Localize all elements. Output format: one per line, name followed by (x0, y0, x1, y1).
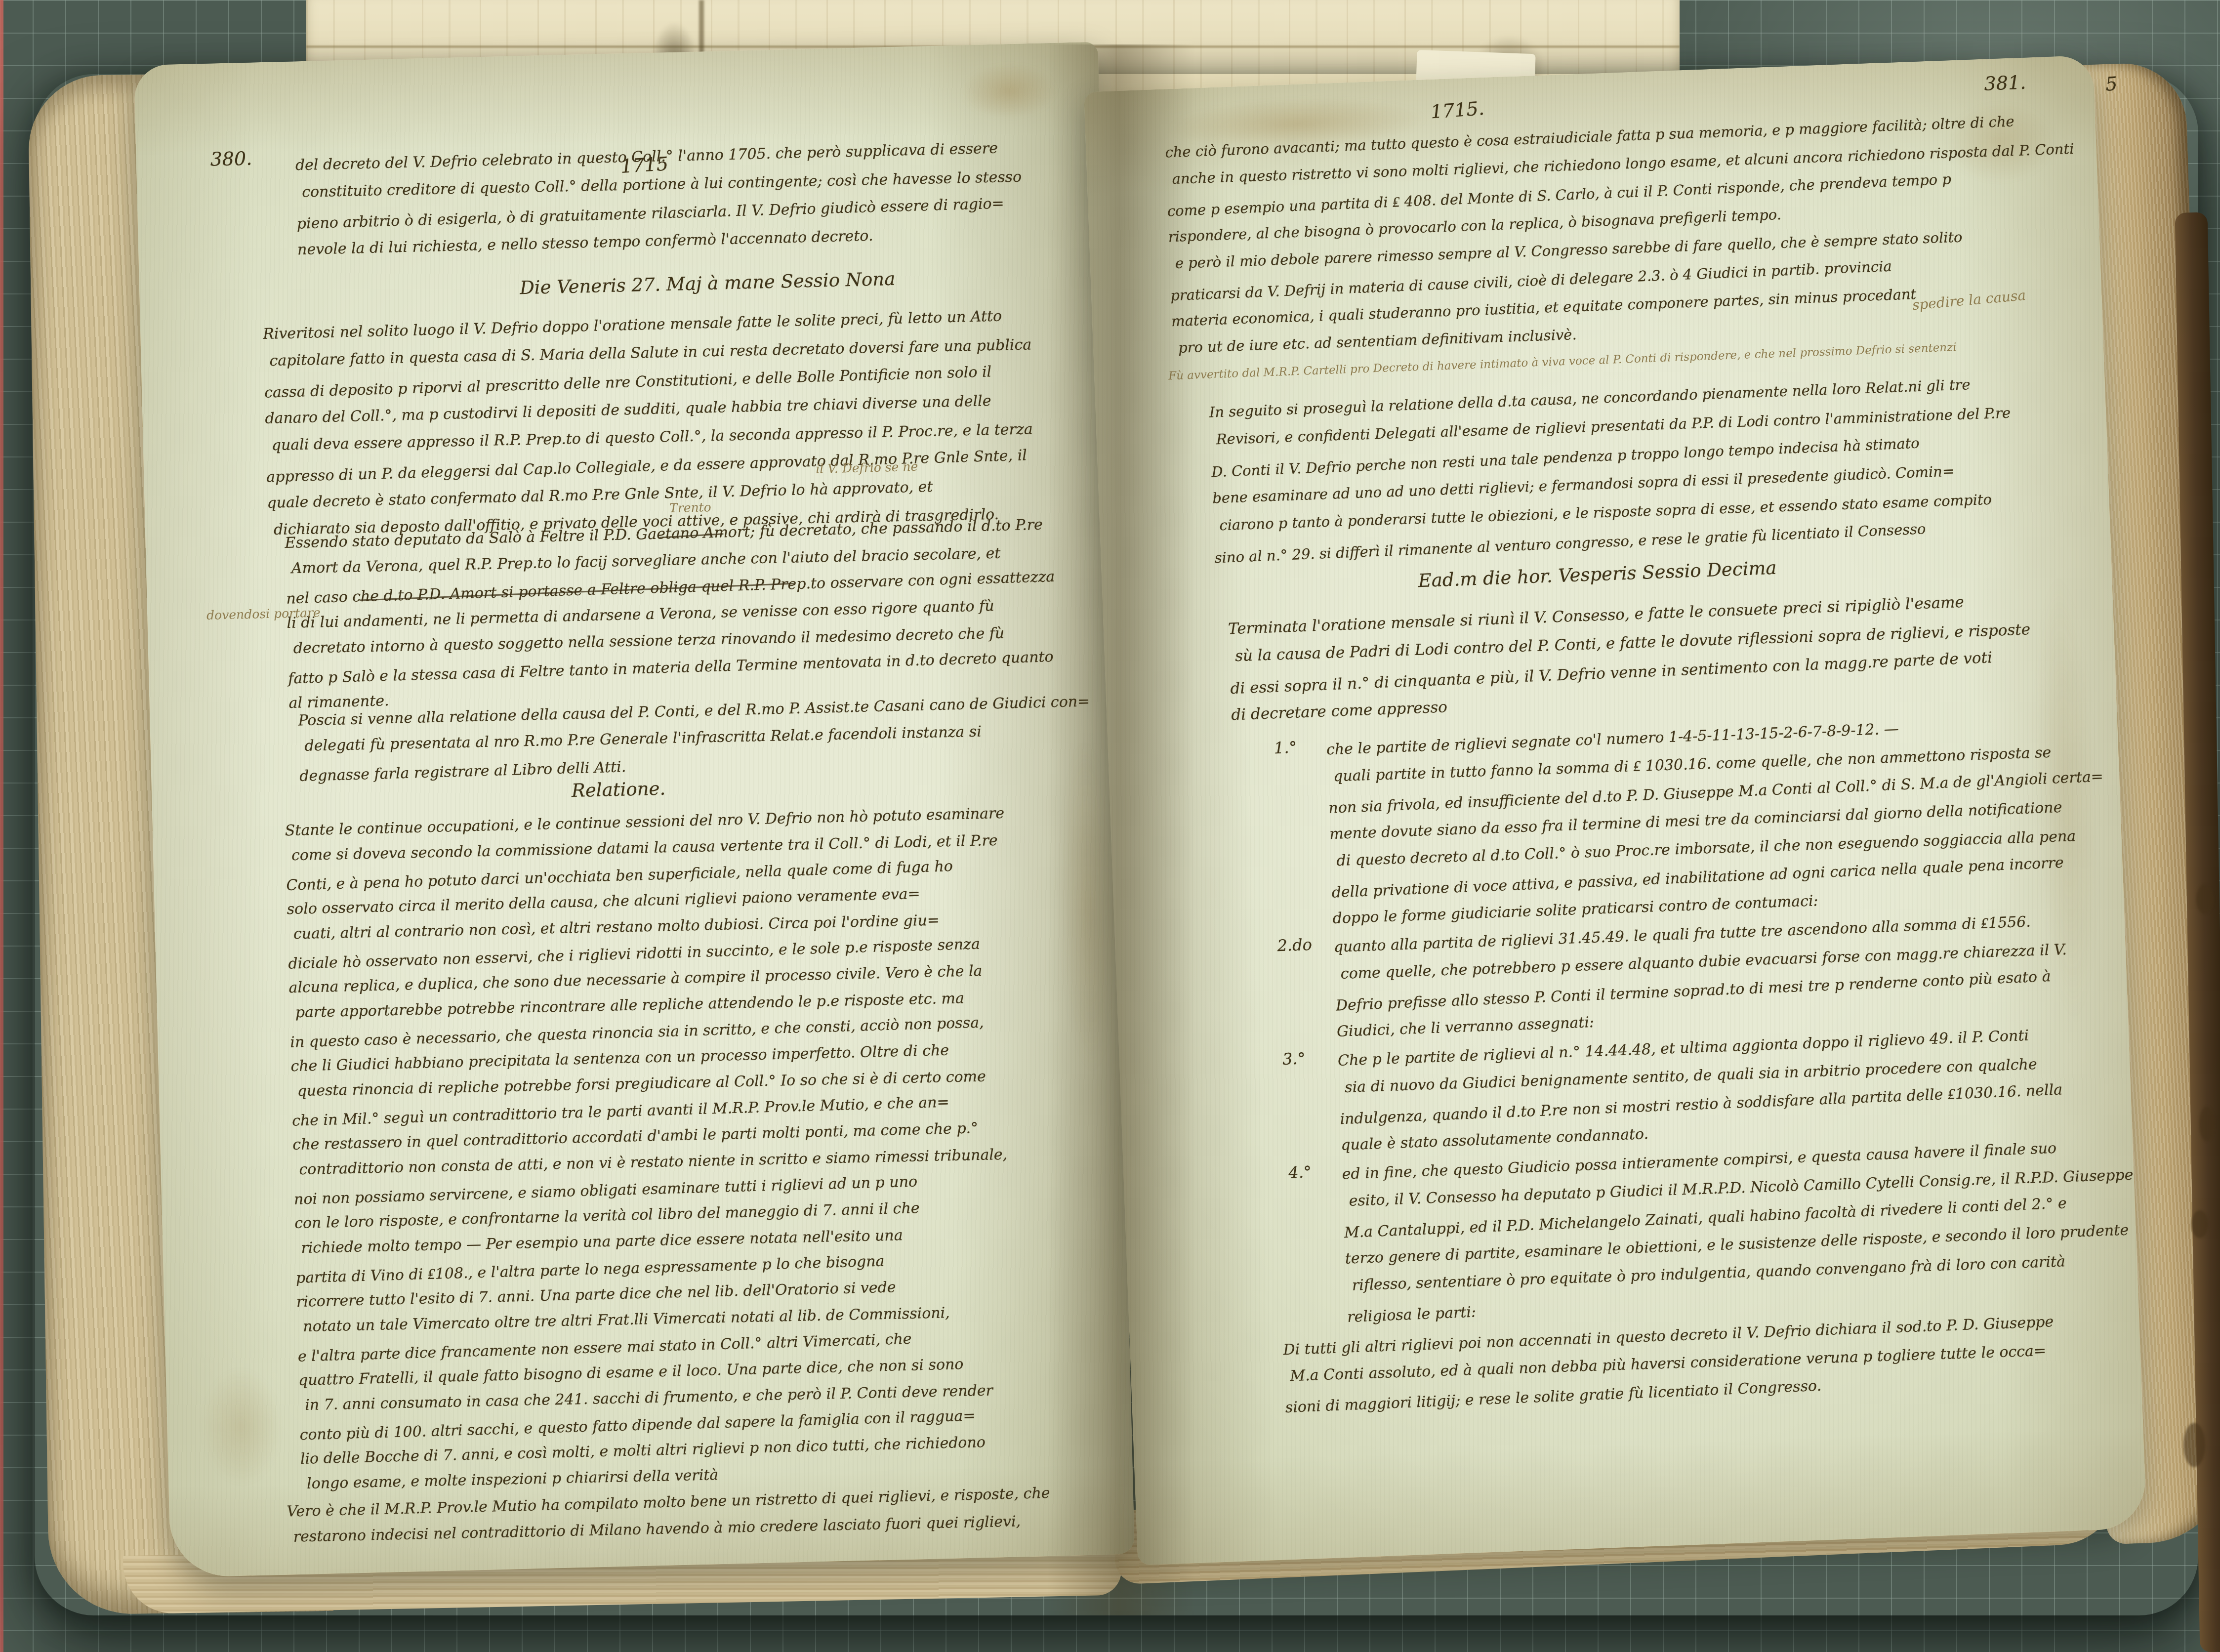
year-header-right: 1715. (1430, 97, 1485, 123)
margin-note-left: dovendosi portare (206, 605, 321, 622)
relation-heading: Relatione. (571, 778, 665, 801)
fore-edge-stain (2183, 1423, 2205, 1467)
left-page: 380. 1715 del decreto del V. Defrio cele… (134, 42, 1135, 1578)
paragraph-relation-body: Stante le continue occupationi, e le con… (285, 797, 1131, 1498)
fore-edge-stain (2191, 1210, 2208, 1238)
paragraph-amort: Essendo stato deputato da Salò à Feltre … (285, 510, 1099, 717)
decree-item-4: ed in fine, che questo Giudicio possa in… (1342, 1131, 2138, 1329)
folio-number-right: 381. (1984, 72, 2026, 95)
item-marker-3: 3.° (1282, 1049, 1306, 1069)
photo-canvas: 380. 1715 del decreto del V. Defrio cele… (0, 0, 2220, 1652)
item-marker-1: 1.° (1274, 738, 1297, 758)
interlinear-correction-trento: Trento (669, 500, 711, 515)
mat-edge-line (0, 0, 3, 1652)
decree-item-1: che le partite de riglievi segnate co'l … (1326, 707, 2123, 933)
fore-edge-stain (2196, 884, 2213, 914)
paragraph-in-seguito: In seguito si proseguì la relatione dell… (1209, 366, 2104, 570)
interlinear-correction: il V. Defrio se ne (816, 459, 918, 476)
paragraph-decree: del decreto del V. Defrio celebrato in q… (295, 132, 1068, 264)
paragraph-continuation: che ciò furono avacanti; ma tutto questo… (1165, 105, 2091, 364)
right-page: 1715. 381. che ciò furono avacanti; ma t… (1084, 55, 2147, 1566)
item-marker-4: 4.° (1288, 1162, 1312, 1182)
fore-edge-number: 5 (2104, 73, 2118, 95)
item-marker-2: 2.do (1277, 935, 1313, 955)
folio-number-left: 380. (210, 148, 252, 170)
fore-edge-stain (2199, 1107, 2214, 1141)
